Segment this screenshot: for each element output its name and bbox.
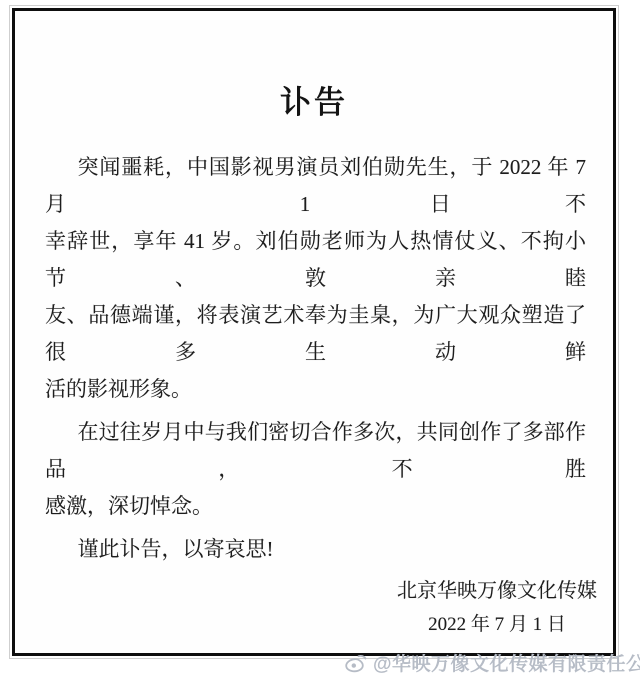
page-title: 讣告 (15, 77, 613, 122)
paragraph: 突闻噩耗，中国影视男演员刘伯勋先生，于 2022 年 7 月 1 日不 幸辞世，… (45, 149, 586, 408)
paragraph-line: 感激，深切悼念。 (45, 488, 586, 525)
weibo-icon (344, 653, 368, 673)
paragraph-line: 谨此讣告，以寄哀思! (45, 531, 586, 568)
watermark: @华映万像文化传媒有限责任公司 (344, 649, 640, 674)
paragraph-line: 突闻噩耗，中国影视男演员刘伯勋先生，于 2022 年 7 月 1 日不 (45, 149, 586, 223)
paragraph-line: 幸辞世，享年 41 岁。刘伯勋老师为人热情仗义、不拘小节、敦亲睦 (45, 223, 586, 297)
signature-block: 北京华映万像文化传媒 2022 年 7 月 1 日 (397, 575, 597, 641)
notice-body: 突闻噩耗，中国影视男演员刘伯勋先生，于 2022 年 7 月 1 日不 幸辞世，… (45, 149, 586, 568)
paragraph: 在过往岁月中与我们密切合作多次，共同创作了多部作品，不胜 感激，深切悼念。 (45, 414, 586, 525)
paragraph-line: 友、品德端谨，将表演艺术奉为圭臬，为广大观众塑造了很多生动鲜 (45, 297, 586, 371)
paragraph-line: 在过往岁月中与我们密切合作多次，共同创作了多部作品，不胜 (45, 414, 586, 488)
watermark-text: @华映万像文化传媒有限责任公司 (373, 649, 640, 674)
signature-org: 北京华映万像文化传媒 (397, 575, 597, 608)
paragraph: 谨此讣告，以寄哀思! (45, 531, 586, 568)
signature-date: 2022 年 7 月 1 日 (397, 608, 597, 641)
paragraph-line: 活的影视形象。 (45, 371, 586, 408)
notice-frame: 讣告 突闻噩耗，中国影视男演员刘伯勋先生，于 2022 年 7 月 1 日不 幸… (12, 8, 616, 656)
